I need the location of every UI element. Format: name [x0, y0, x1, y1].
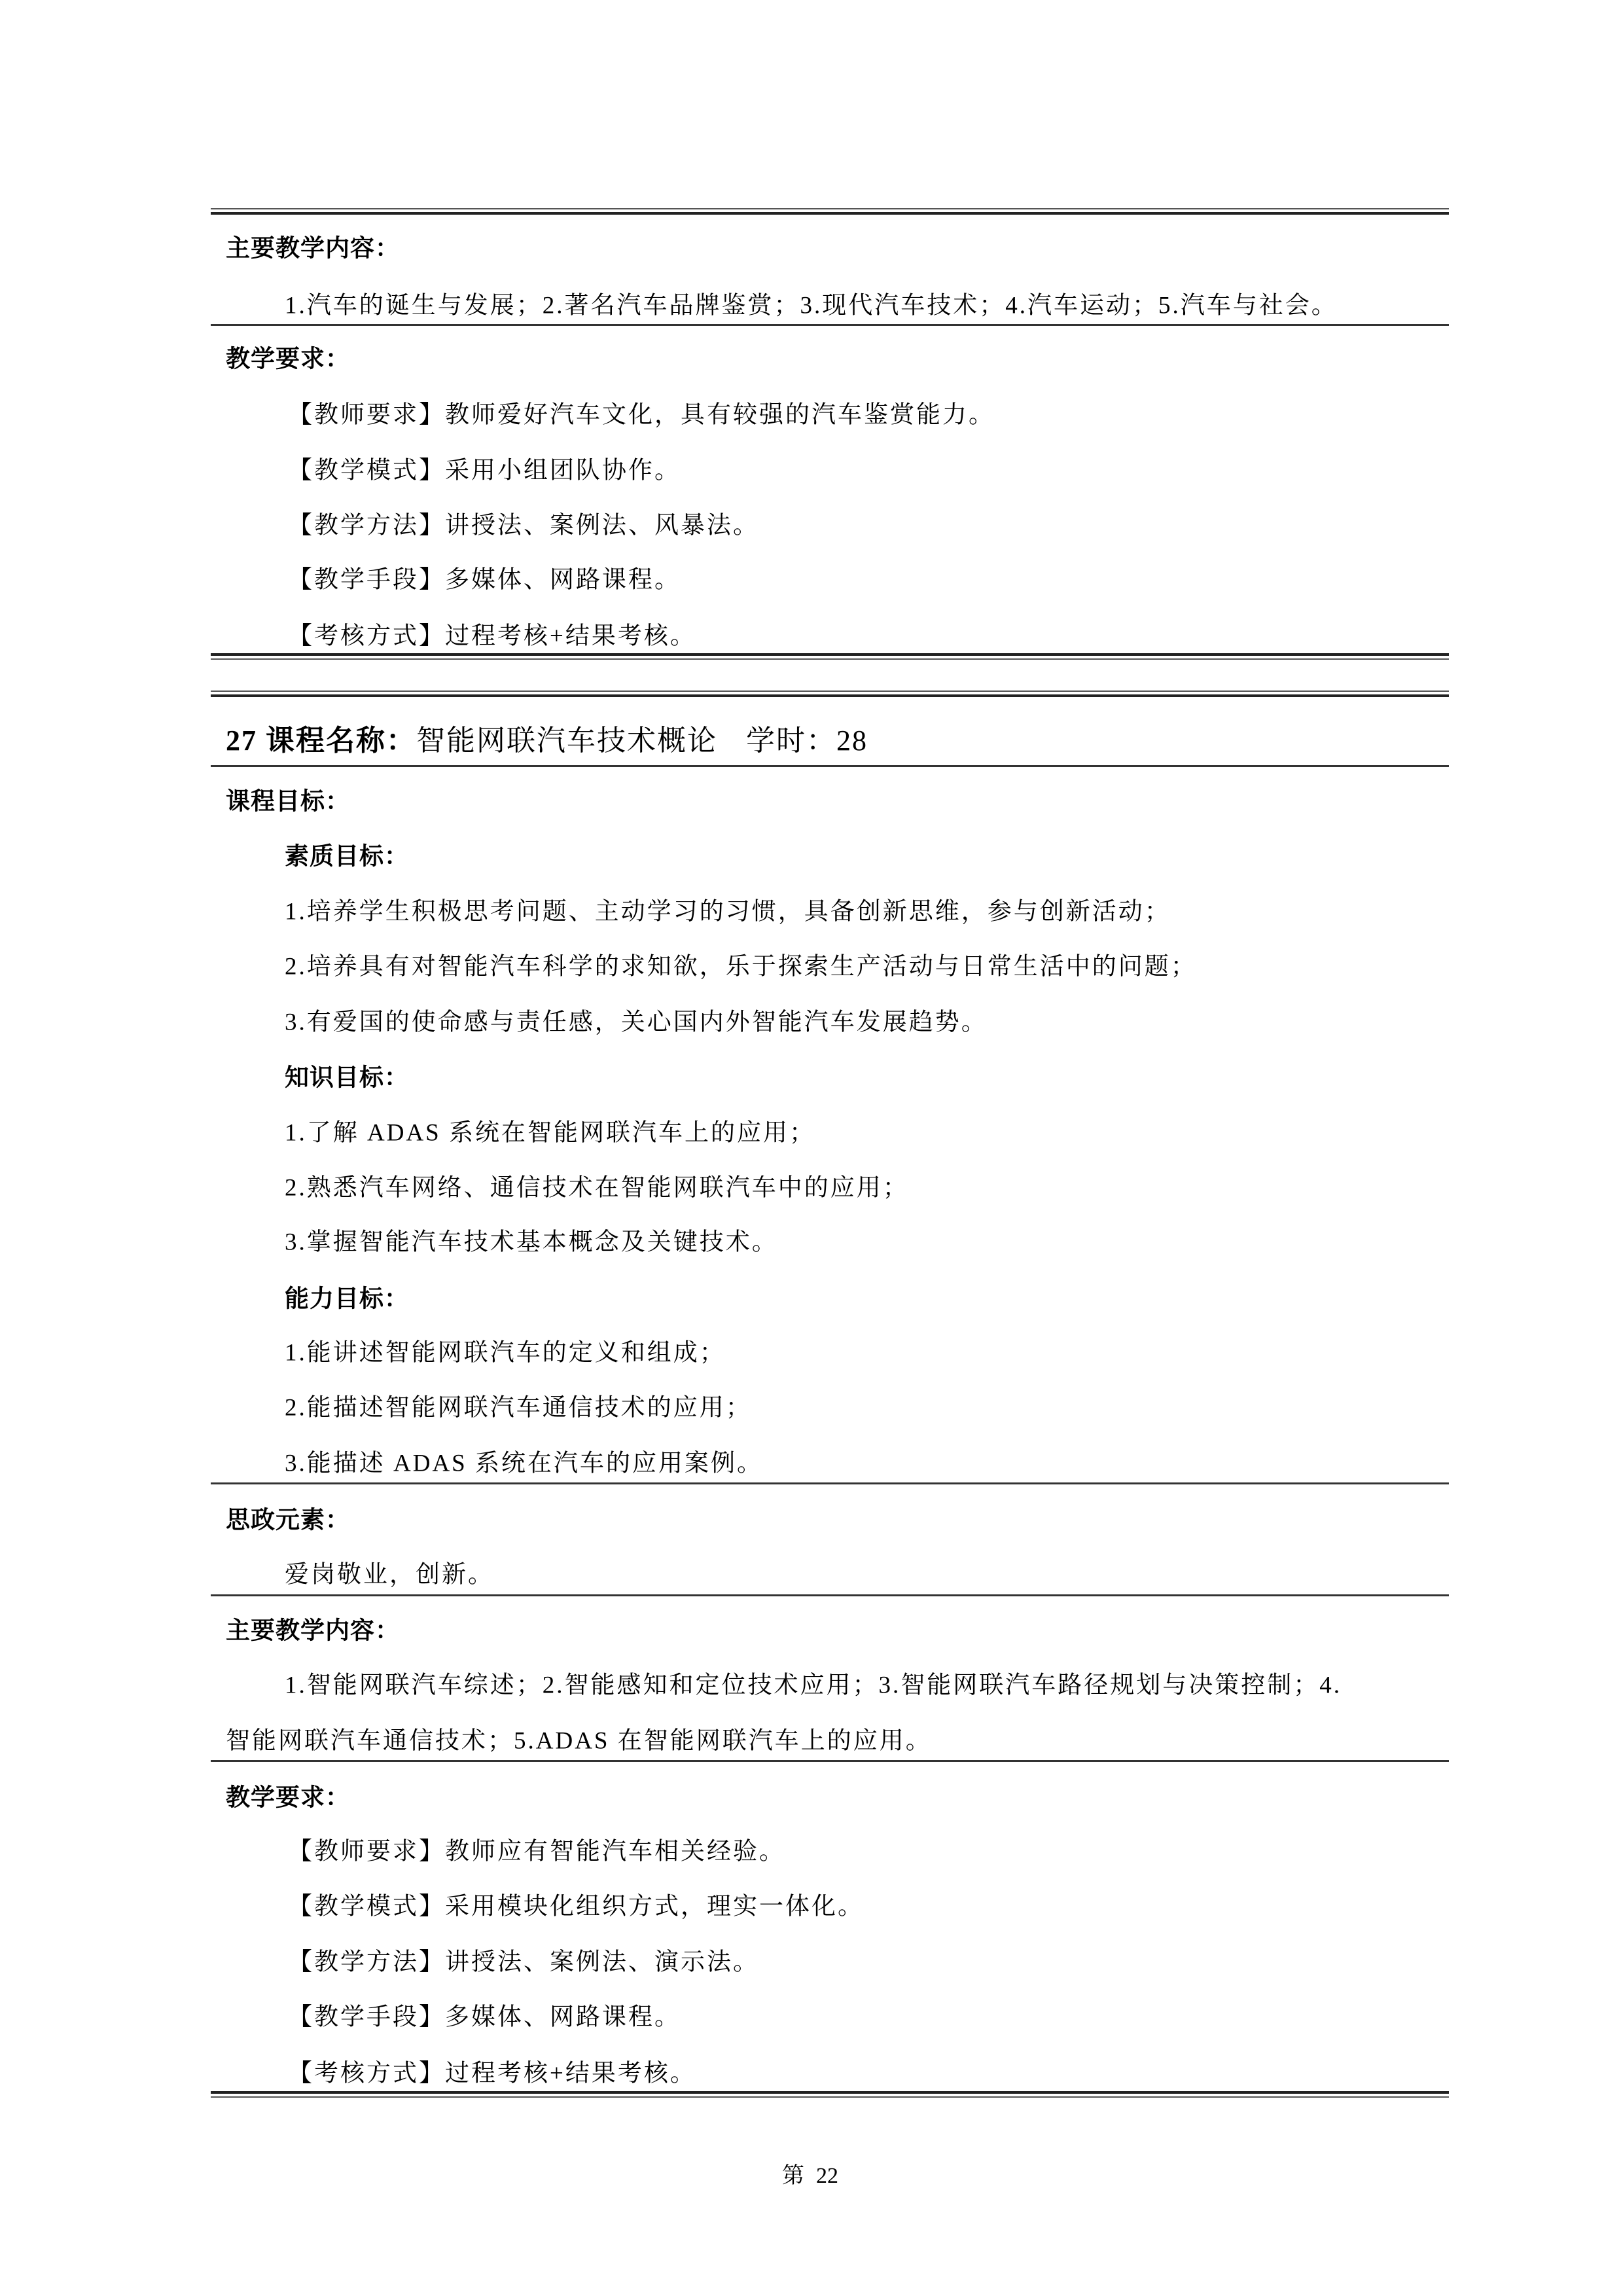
knowledge-objective-item: 3.掌握智能汽车技术基本概念及关键技术。: [285, 1230, 778, 1255]
table-bottom-double-rule: [211, 2091, 1449, 2098]
knowledge-objective-item: 2.熟悉汽车网络、通信技术在智能网联汽车中的应用；: [285, 1176, 909, 1200]
course-hours-key: 学时：: [746, 725, 836, 757]
ideology-label: 思政元素：: [226, 1508, 350, 1532]
ideology-text: 爱岗敬业，创新。: [285, 1563, 494, 1587]
table-bottom-double-rule: [211, 653, 1449, 660]
ability-objective-item: 1.能讲述智能网联汽车的定义和组成；: [285, 1341, 726, 1365]
requirement-teacher: 【教师要求】教师爱好汽车文化，具有较强的汽车鉴赏能力。: [288, 403, 995, 427]
ability-objectives-label: 能力目标：: [285, 1287, 409, 1311]
course-name-key: 课程名称：: [266, 724, 416, 757]
page-value: 22: [816, 2164, 838, 2188]
knowledge-objective-item: 1.了解 ADAS 系统在智能网联汽车上的应用；: [285, 1121, 815, 1145]
quality-objective-item: 1.培养学生积极思考问题、主动学习的习惯，具备创新思维，参与创新活动；: [285, 900, 1171, 924]
course-hours: 28: [836, 725, 868, 757]
ability-objective-item: 2.能描述智能网联汽车通信技术的应用；: [285, 1396, 752, 1420]
requirement-assessment: 【考核方式】过程考核+结果考核。: [288, 2062, 696, 2086]
requirement-method: 【教学方法】讲授法、案例法、演示法。: [288, 1950, 759, 1975]
requirements-label: 教学要求：: [226, 347, 350, 371]
main-content-line: 智能网联汽车通信技术；5.ADAS 在智能网联汽车上的应用。: [226, 1729, 932, 1753]
objectives-label: 课程目标：: [226, 789, 350, 814]
knowledge-objectives-label: 知识目标：: [285, 1066, 409, 1090]
document-page: 主要教学内容： 1.汽车的诞生与发展；2.著名汽车品牌鉴赏；3.现代汽车技术；4…: [0, 0, 1623, 2296]
ability-objective-item: 3.能描述 ADAS 系统在汽车的应用案例。: [285, 1452, 763, 1476]
requirement-teacher: 【教师要求】教师应有智能汽车相关经验。: [288, 1840, 785, 1864]
quality-objective-item: 3.有爱国的使命感与责任感，关心国内外智能汽车发展趋势。: [285, 1011, 988, 1035]
page-number: 第22: [782, 2165, 838, 2187]
main-content-label: 主要教学内容：: [226, 1619, 400, 1643]
requirements-label: 教学要求：: [226, 1785, 350, 1810]
requirement-method: 【教学方法】讲授法、案例法、风暴法。: [288, 514, 759, 538]
section-divider: [211, 1594, 1449, 1596]
course-name: 智能网联汽车技术概论: [416, 725, 717, 757]
requirement-means: 【教学手段】多媒体、网路课程。: [288, 568, 681, 592]
course-number: 27: [226, 725, 257, 757]
course-heading: 27 课程名称：智能网联汽车技术概论学时：28: [226, 726, 868, 755]
main-content-line: 1.汽车的诞生与发展；2.著名汽车品牌鉴赏；3.现代汽车技术；4.汽车运动；5.…: [285, 294, 1338, 318]
page-prefix: 第: [782, 2164, 804, 2188]
section-divider: [211, 324, 1449, 326]
main-content-label: 主要教学内容：: [226, 236, 400, 260]
quality-objective-item: 2.培养具有对智能汽车科学的求知欲，乐于探索生产活动与日常生活中的问题；: [285, 955, 1197, 979]
section-divider: [211, 1760, 1449, 1762]
section-divider: [211, 1482, 1449, 1484]
requirement-mode: 【教学模式】采用模块化组织方式，理实一体化。: [288, 1895, 864, 1919]
table-top-double-rule: [211, 208, 1449, 215]
quality-objectives-label: 素质目标：: [285, 844, 409, 869]
requirement-means: 【教学手段】多媒体、网路课程。: [288, 2005, 681, 2030]
table-top-double-rule: [211, 691, 1449, 697]
requirement-mode: 【教学模式】采用小组团队协作。: [288, 459, 681, 483]
section-divider: [211, 765, 1449, 767]
requirement-assessment: 【考核方式】过程考核+结果考核。: [288, 624, 696, 649]
main-content-line: 1.智能网联汽车综述；2.智能感知和定位技术应用；3.智能网联汽车路径规划与决策…: [285, 1674, 1342, 1698]
